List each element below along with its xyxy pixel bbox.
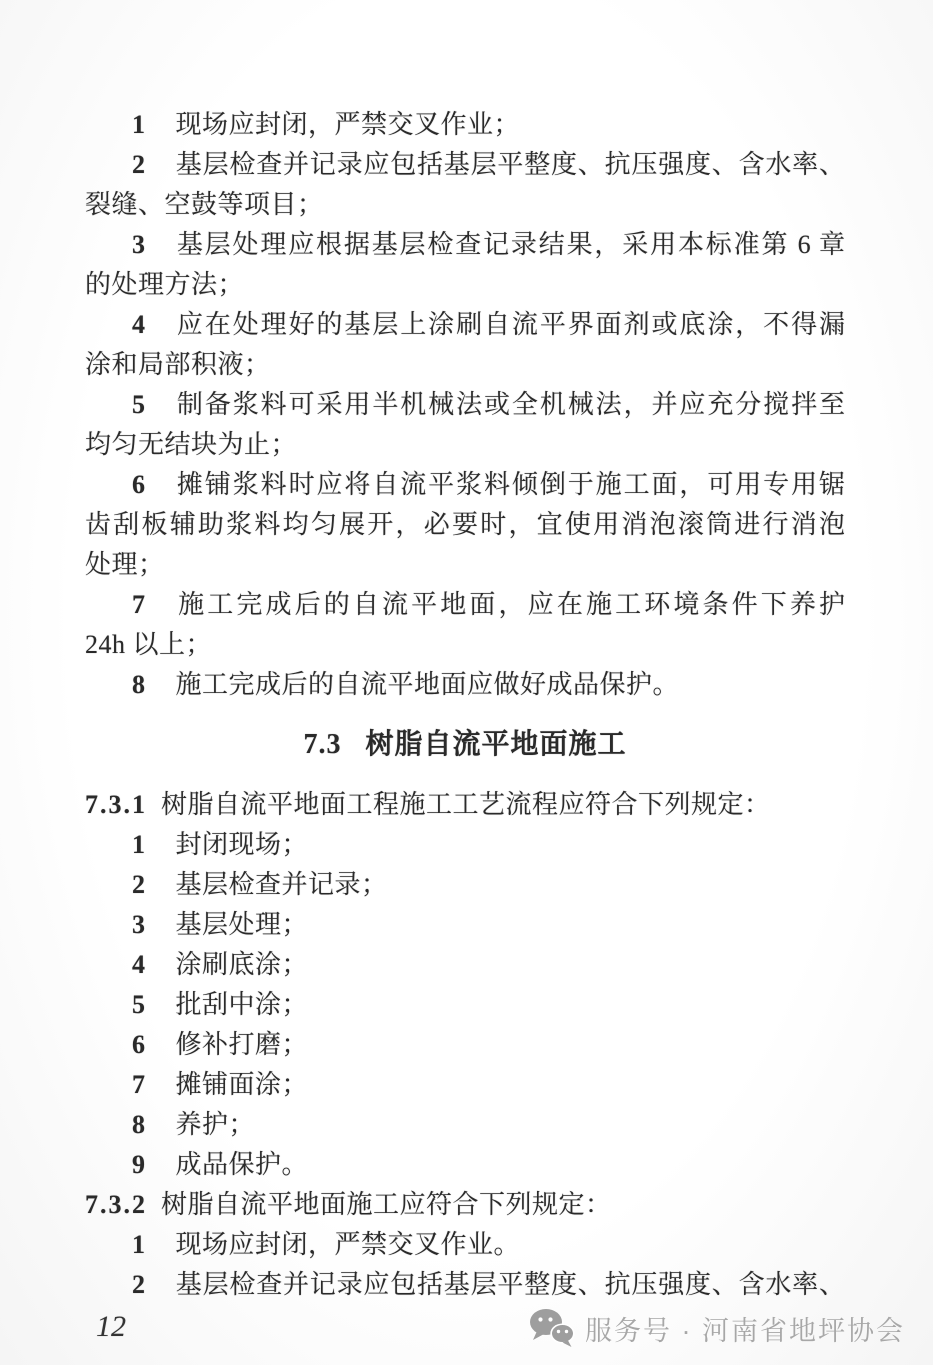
text-line: 2基层检查并记录应包括基层平整度、抗压强度、含水率、 xyxy=(85,145,845,185)
text-line: 9成品保护。 xyxy=(85,1145,845,1185)
text-line: 8施工完成后的自流平地面应做好成品保护。 xyxy=(85,665,845,705)
item-number: 3 xyxy=(132,910,146,939)
item-number: 8 xyxy=(132,670,146,699)
clause-line: 7.3.1树脂自流平地面工程施工工艺流程应符合下列规定： xyxy=(85,785,845,825)
watermark-text: 服务号 · 河南省地坪协会 xyxy=(585,1309,905,1348)
document-body: 1现场应封闭，严禁交叉作业；2基层检查并记录应包括基层平整度、抗压强度、含水率、… xyxy=(85,105,845,1305)
text-line: 处理； xyxy=(85,545,845,585)
clause-number: 7.3.1 xyxy=(85,790,147,819)
section-title: 树脂自流平地面施工 xyxy=(365,729,626,760)
item-number: 9 xyxy=(132,1150,146,1179)
item-number: 4 xyxy=(132,950,146,979)
text-line: 2基层检查并记录应包括基层平整度、抗压强度、含水率、 xyxy=(85,1265,845,1305)
item-number: 6 xyxy=(132,1030,146,1059)
wechat-icon xyxy=(529,1307,575,1349)
clause-number: 7.3.2 xyxy=(85,1190,147,1219)
text-line: 24h 以上； xyxy=(85,625,845,665)
text-line: 7施工完成后的自流平地面，应在施工环境条件下养护 xyxy=(85,585,845,625)
item-number: 1 xyxy=(132,1230,146,1259)
item-number: 8 xyxy=(132,1110,146,1139)
section-heading: 7.3树脂自流平地面施工 xyxy=(85,725,845,765)
item-number: 4 xyxy=(132,310,145,339)
item-number: 3 xyxy=(132,230,145,259)
text-line: 1现场应封闭，严禁交叉作业。 xyxy=(85,1225,845,1265)
item-number: 6 xyxy=(132,470,145,499)
clause-line: 7.3.2树脂自流平地面施工应符合下列规定： xyxy=(85,1185,845,1225)
text-line: 的处理方法； xyxy=(85,265,845,305)
text-line: 7摊铺面涂； xyxy=(85,1065,845,1105)
item-number: 2 xyxy=(132,870,146,899)
text-line: 均匀无结块为止； xyxy=(85,425,845,465)
item-number: 5 xyxy=(132,990,146,1019)
text-line: 6摊铺浆料时应将自流平浆料倾倒于施工面，可用专用锯 xyxy=(85,465,845,505)
document-page: 1现场应封闭，严禁交叉作业；2基层检查并记录应包括基层平整度、抗压强度、含水率、… xyxy=(0,0,933,1365)
text-line: 6修补打磨； xyxy=(85,1025,845,1065)
item-number: 1 xyxy=(132,830,146,859)
text-line: 4应在处理好的基层上涂刷自流平界面剂或底涂，不得漏 xyxy=(85,305,845,345)
text-line: 4涂刷底涂； xyxy=(85,945,845,985)
text-line: 5制备浆料可采用半机械法或全机械法，并应充分搅拌至 xyxy=(85,385,845,425)
text-line: 齿刮板辅助浆料均匀展开，必要时，宜使用消泡滚筒进行消泡 xyxy=(85,505,845,545)
page-number: 12 xyxy=(96,1310,126,1344)
text-line: 2基层检查并记录； xyxy=(85,865,845,905)
text-line: 5批刮中涂； xyxy=(85,985,845,1025)
text-line: 3基层处理； xyxy=(85,905,845,945)
item-number: 7 xyxy=(132,1070,146,1099)
item-number: 1 xyxy=(132,110,146,139)
text-line: 裂缝、空鼓等项目； xyxy=(85,185,845,225)
text-line: 1现场应封闭，严禁交叉作业； xyxy=(85,105,845,145)
watermark: 服务号 · 河南省地坪协会 xyxy=(529,1302,905,1354)
item-number: 7 xyxy=(132,590,145,619)
text-line: 8养护； xyxy=(85,1105,845,1145)
item-number: 2 xyxy=(132,150,145,179)
text-line: 3基层处理应根据基层检查记录结果，采用本标准第 6 章 xyxy=(85,225,845,265)
section-number: 7.3 xyxy=(303,729,341,760)
item-number: 5 xyxy=(132,390,145,419)
text-line: 涂和局部积液； xyxy=(85,345,845,385)
item-number: 2 xyxy=(132,1270,145,1299)
text-line: 1封闭现场； xyxy=(85,825,845,865)
